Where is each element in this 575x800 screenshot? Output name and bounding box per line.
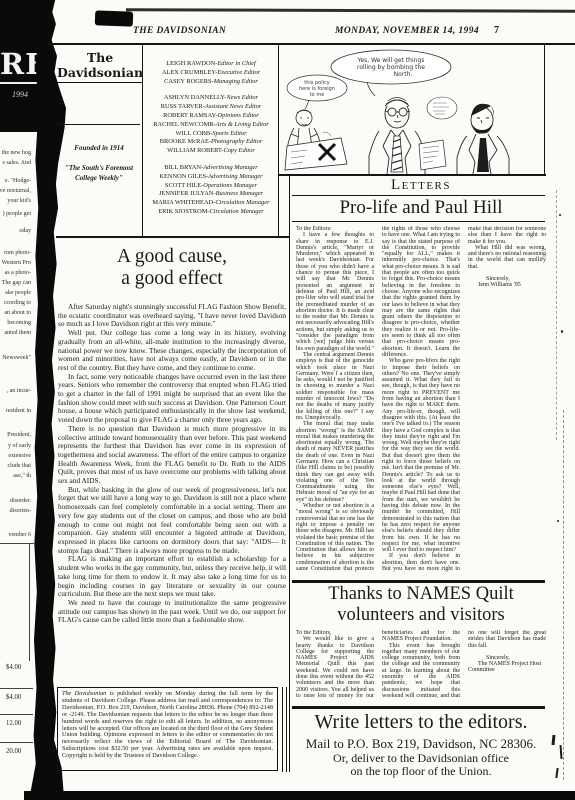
footer-top-rule [292, 706, 545, 709]
staff-line: CASEY ROGERS-Managing Editor [146, 78, 276, 87]
under-page-text-fragment: ccording to [4, 300, 31, 306]
masthead-title: The Davidsonian [57, 50, 143, 83]
editorial-headline-line2: a good effect [58, 268, 286, 290]
staff-line: RACHEL NEWCOMB-Arts & Living Editor [146, 121, 276, 130]
masthead: The Davidsonian [57, 50, 141, 83]
column-divider-rule [289, 176, 290, 772]
under-page-text-fragment: e. "Hodge- [5, 178, 31, 184]
editorial-paragraph: Well put. Our college has come a long wa… [58, 329, 286, 373]
page-number: 7 [494, 25, 499, 36]
editorial-headline-line1: A good cause, [58, 246, 286, 268]
cartoon-bubble-main-line1: Yes, We will get things [357, 57, 425, 64]
masthead-rule [58, 124, 140, 125]
under-page-text-fragment: an about to [4, 310, 31, 316]
cartoon-paper [419, 140, 446, 170]
top-section-bottom-rule [56, 236, 290, 238]
under-page-text-fragment: Newsweek" [2, 355, 31, 361]
under-page-text-fragment: , an incur- [7, 388, 31, 394]
under-page-text-fragment: disorien- [10, 508, 31, 514]
under-page-rule [0, 742, 33, 743]
staff-line: ASHLYN DANNELLY-News Editor [146, 94, 276, 103]
letter1-signature: Jenn Williams '95 [468, 282, 546, 288]
under-page-text-fragment: vember 6 [9, 532, 32, 538]
staff-line: SCOTT HILE-Operations Manager [146, 182, 276, 191]
under-page-rule [29, 543, 30, 661]
under-page-text-fragment: oday [19, 228, 31, 234]
editorial-paragraph: We need to have the courage to instituti… [58, 599, 286, 625]
write-letters-heading: Write letters to the editors. [296, 711, 546, 734]
staff-line: ERIK SJOSTROM-Circulation Manager [146, 208, 276, 217]
staff-editors-group: LEIGH RAWDON-Editor in ChiefALEX CRUMBLE… [146, 60, 276, 86]
staff-line: MARIA WHITEHEAD-Circulation Manager [146, 199, 276, 208]
scan-mark [555, 768, 558, 778]
newspaper-name-header: THE DAVIDSONIAN [133, 26, 226, 36]
under-page-text-fragment: extensive [8, 453, 31, 459]
letter2-signature: The NAMES Project Host Committee [468, 661, 546, 674]
under-page-text-fragment: becoming [7, 320, 31, 326]
publication-info-box: The Davidsonian is published weekly on M… [57, 687, 278, 771]
scan-right-streak [556, 190, 557, 440]
editorial-body: After Saturday night's stunningly succes… [58, 303, 286, 625]
header-rule [48, 43, 575, 45]
under-page-rule [0, 688, 33, 689]
editorial-paragraph: In fact, some very noticeable changes ha… [58, 373, 286, 425]
under-page-text-fragment: disorder. [10, 498, 31, 504]
pub-box-double-rule [286, 687, 287, 772]
under-page-text-fragment: clude that [8, 463, 32, 469]
letter2-body: To the Editors, We would like to give a … [296, 630, 546, 704]
under-page-year: 1994 [0, 90, 40, 99]
masthead-founded: Founded in 1914 [57, 144, 141, 152]
under-page-text-fragment: y of early [8, 443, 31, 449]
staff-line: LEIGH RAWDON-Editor in Chief [146, 60, 276, 69]
letter-paragraph: I have a few thoughts to share in respon… [296, 232, 374, 352]
under-page-text-fragment: anted them [5, 330, 32, 336]
scan-right-streak [563, 410, 564, 780]
letter2-headline-line2: volunteers and visitors [296, 605, 546, 626]
scan-speck [561, 330, 563, 333]
letter-paragraph: The moral that may make abortion "wrong"… [296, 421, 374, 503]
under-page-text-fragment: Western Pro [2, 260, 31, 266]
staff-managers-group: BILL BRYAN-Advertising ManagerKENNON GIL… [146, 164, 276, 217]
cartoon-bubble-main-line3: North. [394, 71, 413, 78]
under-page-text-fragment: rom photo- [4, 250, 31, 256]
editorial-paragraph: But, while basking in the glow of our we… [58, 486, 286, 556]
scan-speck [557, 520, 559, 522]
cartoon-bubble-main-line2: rolling by bombing the [357, 64, 425, 71]
scan-speck [559, 214, 561, 216]
under-page-price-fragment: 20.00 [6, 748, 21, 755]
letter1-headline-rule [292, 221, 545, 222]
scan-top-edge-line [126, 8, 575, 12]
staff-line: BROOKE McRAE-Photography Editor [146, 138, 276, 147]
under-page-rule [0, 714, 33, 715]
newspaper-page: the new hogs sales. Ande. "Hodge-ve noct… [0, 0, 575, 800]
cartoon-drawing: Yes, We will get things rolling by bombi… [279, 46, 545, 174]
scan-smudge [95, 10, 134, 26]
masthead-motto-line1: "The South's Foremost [57, 163, 141, 173]
staff-line: ROBERT RAMSAY-Opinions Editor [146, 112, 276, 121]
editorial-headline: A good cause, a good effect [58, 246, 286, 290]
under-page-text-fragment: the new hog [2, 150, 31, 156]
under-page-text-fragment: s sales. And [3, 160, 32, 166]
letter2-top-rule [292, 580, 545, 583]
under-page-price-fragment: 12.00 [6, 720, 21, 727]
pub-box-double-rule [282, 687, 283, 772]
mail-address-line: Mail to P.O. Box 219, Davidson, NC 28306… [296, 736, 546, 752]
letter1-headline: Pro-life and Paul Hill [296, 197, 546, 219]
staff-line: WILL COBB-Sports Editor [146, 130, 276, 139]
editorial-paragraph: After Saturday night's stunningly succes… [58, 303, 286, 329]
cartoon-map [285, 138, 347, 170]
editorial-paragraph: FLAG is making an important effort to es… [58, 555, 286, 599]
under-page-text-fragment: your kid's [7, 198, 31, 204]
letter1-body: To the Editors: I have a few thoughts to… [296, 226, 546, 578]
scan-mark [551, 735, 555, 745]
under-page-price-fragment: $4.00 [6, 664, 21, 671]
under-page-text-fragment: ) people get [3, 211, 31, 217]
editorial-cartoon: Yes, We will get things rolling by bombi… [279, 46, 545, 174]
cartoon-note-bubble [427, 97, 457, 119]
letter-paragraph: The central argument Dennis employs is t… [296, 352, 374, 421]
cartoon-bubble-left-line3: to me [310, 92, 325, 98]
issue-date: MONDAY, NOVEMBER 14, 1994 [335, 26, 479, 36]
under-page-masthead-corner: RE 1994 [0, 16, 40, 132]
letter-paragraph: Who gave pro-lifers the right to impose … [382, 358, 460, 553]
publication-info-text: is published weekly on Monday during the… [62, 690, 273, 759]
staff-line: JENNIFER JULYAN-Business Manager [146, 190, 276, 199]
under-page-text-fragment: ase," th [13, 473, 31, 479]
under-page-text-fragment: resident in [6, 408, 31, 414]
letter2-headline: Thanks to NAMES Quilt volunteers and vis… [296, 584, 546, 626]
under-page-text-fragment: President, [7, 432, 31, 438]
under-page-text-fragment: The gap can [2, 280, 31, 286]
deliver-line2: on the top floor of the Union. [296, 764, 546, 779]
under-page-text-fragment: ake people [5, 290, 31, 296]
staff-line: KENNON GILES-Advertising Manager [146, 173, 276, 182]
letter-paragraph: What Hill did was wrong, and there's no … [468, 245, 546, 270]
letters-section-title: Letters [296, 177, 546, 194]
masthead-motto: "The South's Foremost College Weekly" [57, 163, 141, 183]
under-page-price-fragment: $4.00 [6, 694, 21, 701]
letters-title-rule [292, 195, 545, 196]
scan-bottom-bar [24, 791, 575, 800]
staff-line: WILLIAM ROBERT-Copy Editor [146, 147, 276, 156]
cartoon-bottom-rule [278, 174, 546, 176]
under-page-text-fragment: ve nocturnal, [0, 188, 31, 194]
cartoon-right-tie [477, 138, 489, 172]
masthead-motto-line2: College Weekly" [57, 173, 141, 183]
editorial-paragraph: There is no question that Davidson is mu… [58, 425, 286, 486]
staff-line: ALEX CRUMBLEY-Executive Editor [146, 69, 276, 78]
staff-line: RUSS TARVER-Assistant News Editor [146, 103, 276, 112]
under-page-text-fragment: as a photo- [5, 270, 31, 276]
staff-section-editors-group: ASHLYN DANNELLY-News EditorRUSS TARVER-A… [146, 94, 276, 156]
letter2-headline-line1: Thanks to NAMES Quilt [296, 584, 546, 605]
staff-list: LEIGH RAWDON-Editor in ChiefALEX CRUMBLE… [146, 60, 276, 225]
staff-line: BILL BRYAN-Advertising Manager [146, 164, 276, 173]
